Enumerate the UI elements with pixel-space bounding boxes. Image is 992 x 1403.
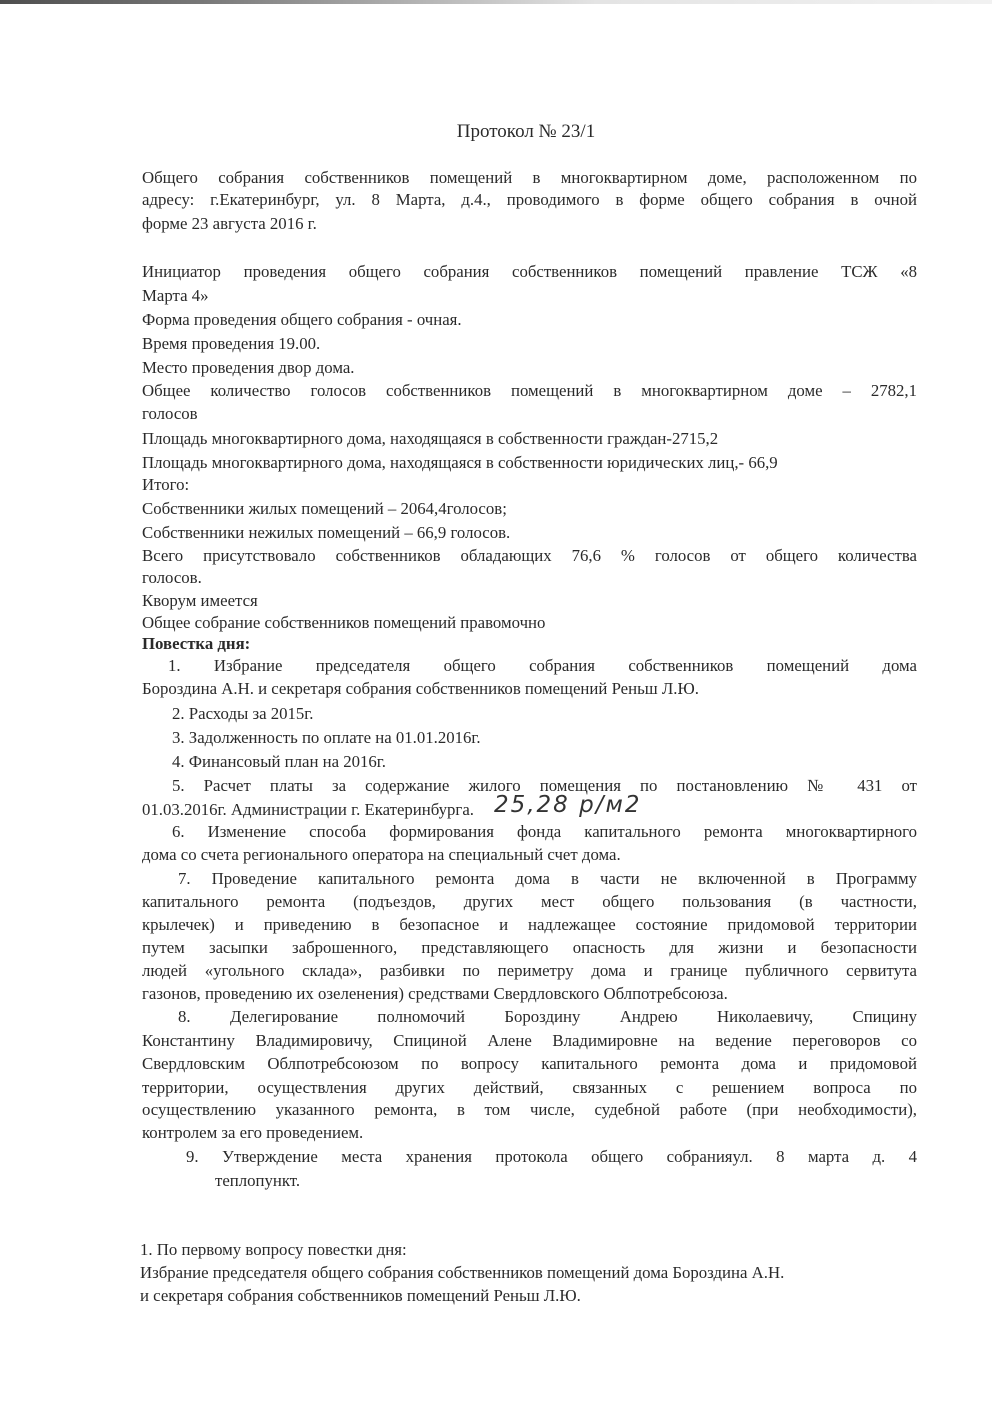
attendance-line-2: голосов. xyxy=(142,567,202,589)
document-title: Протокол № 23/1 xyxy=(0,121,992,143)
meeting-form: Форма проведения общего собрания - очная… xyxy=(142,309,462,331)
agenda-item-7-line-6: газонов, проведению их озеленения) средс… xyxy=(142,983,728,1005)
agenda-item-7-line-2: капитального ремонта (подъездов, других … xyxy=(142,891,917,913)
agenda-heading: Повестка дня: xyxy=(142,633,250,655)
agenda-item-9-line-2: теплопункт. xyxy=(215,1170,300,1192)
area-legal-entities: Площадь многоквартирного дома, находящая… xyxy=(142,452,778,474)
agenda-item-8-line-5: осуществлению указанного ремонта, в том … xyxy=(142,1099,917,1121)
meeting-time: Время проведения 19.00. xyxy=(142,333,320,355)
agenda-item-7-line-5: людей «угольного склада», разбивки по пе… xyxy=(142,960,917,982)
agenda-item-2: 2. Расходы за 2015г. xyxy=(172,703,313,725)
competence-statement: Общее собрание собственников помещений п… xyxy=(142,612,545,634)
initiator-line-1: Инициатор проведения общего собрания соб… xyxy=(142,261,917,283)
agenda-item-5-text: 01.03.2016г. Администрации г. Екатеринбу… xyxy=(142,800,474,819)
agenda-item-4: 4. Финансовый план на 2016г. xyxy=(172,751,386,773)
agenda-item-9-line-1: 9. Утверждение места хранения протокола … xyxy=(186,1146,917,1168)
area-citizens: Площадь многоквартирного дома, находящая… xyxy=(142,428,718,450)
agenda-item-7-line-3: крылечек) и приведению в безопасное и на… xyxy=(142,914,917,936)
agenda-item-8-line-1: 8. Делегирование полномочий Бороздину Ан… xyxy=(178,1006,917,1028)
agenda-item-1-line-1: 1. Избрание председателя общего собрания… xyxy=(168,655,917,677)
total-votes-line-1: Общее количество голосов собственников п… xyxy=(142,380,917,402)
intro-line-3: форме 23 августа 2016 г. xyxy=(142,213,317,235)
total-votes-line-2: голосов xyxy=(142,403,198,425)
nonresidential-owners: Собственники нежилых помещений – 66,9 го… xyxy=(142,522,510,544)
agenda-item-3: 3. Задолженность по оплате на 01.01.2016… xyxy=(172,727,481,749)
agenda-item-5-line-2: 01.03.2016г. Администрации г. Екатеринбу… xyxy=(142,797,641,821)
intro-line-1: Общего собрания собственников помещений … xyxy=(142,167,917,189)
question-1-line-2: и секретаря собрания собственников помещ… xyxy=(140,1285,581,1307)
quorum-statement: Кворум имеется xyxy=(142,590,258,612)
attendance-line-1: Всего присутствовало собственников облад… xyxy=(142,545,917,567)
handwritten-rate-note: 25,28 р/м2 xyxy=(494,792,642,818)
question-1-line-1: Избрание председателя общего собрания со… xyxy=(140,1262,784,1284)
agenda-item-8-line-4: территории, осуществления других действи… xyxy=(142,1077,917,1099)
intro-line-2: адресу: г.Екатеринбург, ул. 8 Марта, д.4… xyxy=(142,189,917,211)
agenda-item-1-line-2: Бороздина А.Н. и секретаря собрания собс… xyxy=(142,678,699,700)
total-label: Итого: xyxy=(142,474,189,496)
agenda-item-8-line-6: контролем за его проведением. xyxy=(142,1122,363,1144)
agenda-item-7-line-4: путем засыпки заброшенного, представляющ… xyxy=(142,937,917,959)
agenda-item-6-line-1: 6. Изменение способа формирования фонда … xyxy=(172,821,917,843)
agenda-item-8-line-3: Свердловским Облпотребсоюзом по вопросу … xyxy=(142,1053,917,1075)
initiator-line-2: Марта 4» xyxy=(142,285,209,307)
document-page: Протокол № 23/1 Общего собрания собствен… xyxy=(0,0,992,1403)
agenda-item-6-line-2: дома со счета регионального оператора на… xyxy=(142,844,621,866)
agenda-item-7-line-1: 7. Проведение капитального ремонта дома … xyxy=(178,868,917,890)
question-1-heading: 1. По первому вопросу повестки дня: xyxy=(140,1239,407,1261)
residential-owners: Собственники жилых помещений – 2064,4гол… xyxy=(142,498,507,520)
agenda-item-8-line-2: Константину Владимировичу, Спициной Ален… xyxy=(142,1030,917,1052)
meeting-place: Место проведения двор дома. xyxy=(142,357,354,379)
